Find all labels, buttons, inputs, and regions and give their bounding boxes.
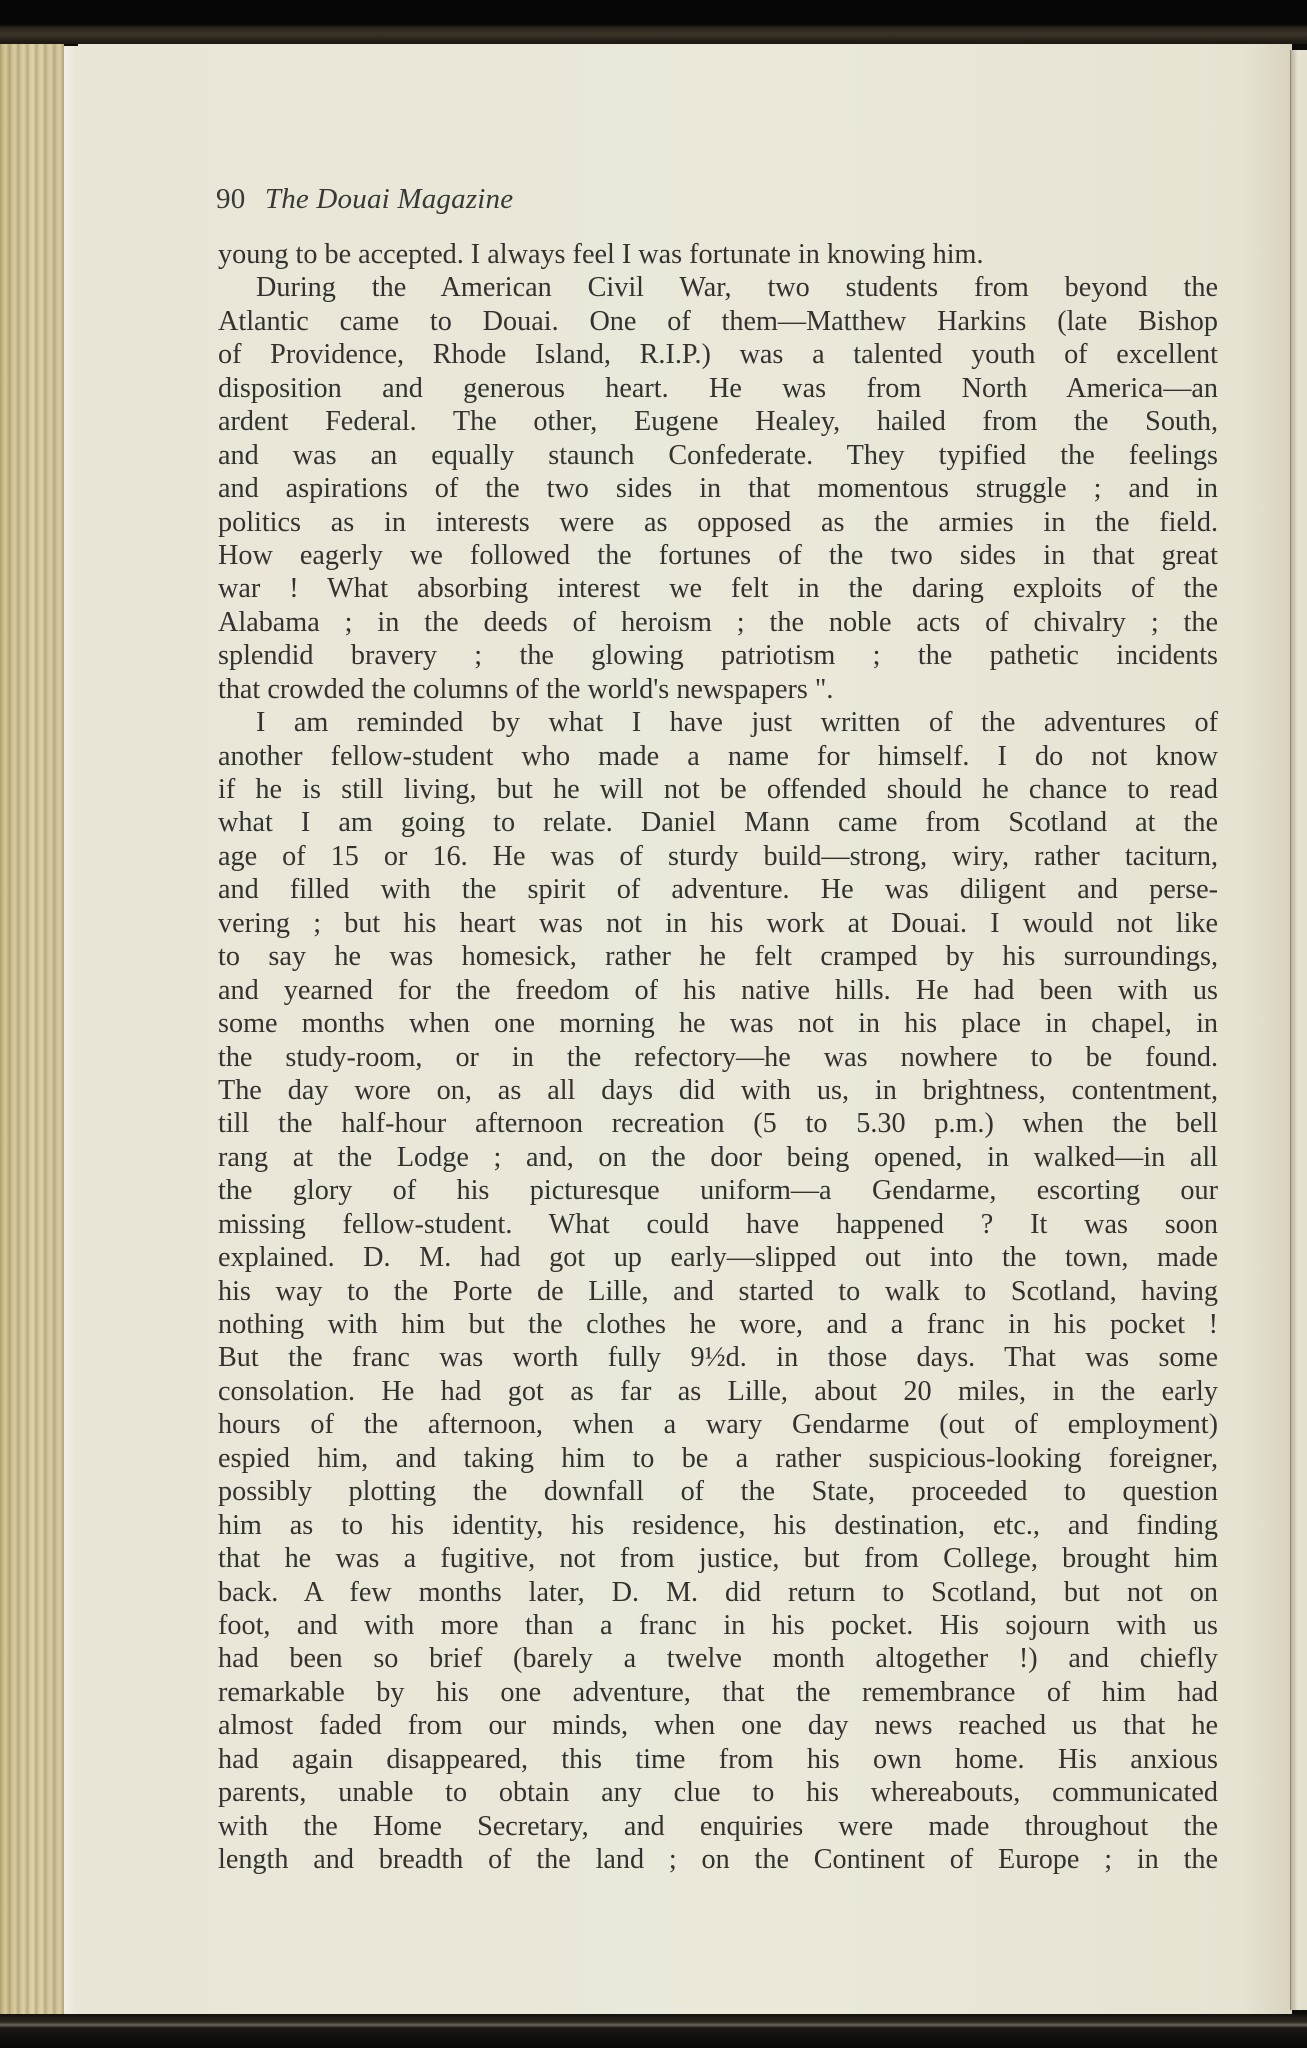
text-line: foot, and with more than a franc in his … <box>218 1609 1218 1642</box>
text-line: of Providence, Rhode Island, R.I.P.) was… <box>218 338 1218 371</box>
text-line: his way to the Porte de Lille, and start… <box>218 1275 1218 1308</box>
text-line: During the American Civil War, two stude… <box>218 271 1218 304</box>
text-line: had again disappeared, this time from hi… <box>218 1743 1218 1776</box>
text-line: that he was a fugitive, not from justice… <box>218 1542 1218 1575</box>
next-page-edge <box>1290 50 1307 2010</box>
text-line: back. A few months later, D. M. did retu… <box>218 1576 1218 1609</box>
text-line: parents, unable to obtain any clue to hi… <box>218 1776 1218 1809</box>
running-head: 90 The Douai Magazine <box>216 183 513 216</box>
book-binding-top <box>0 0 1307 44</box>
text-line: what I am going to relate. Daniel Mann c… <box>218 806 1218 839</box>
text-line: ardent Federal. The other, Eugene Healey… <box>218 405 1218 438</box>
text-line: another fellow-student who made a name f… <box>218 740 1218 773</box>
text-line: I am reminded by what I have just writte… <box>218 706 1218 739</box>
text-line: vering ; but his heart was not in his wo… <box>218 907 1218 940</box>
page-edge-stack <box>0 44 64 2016</box>
text-line: that crowded the columns of the world's … <box>218 673 1218 706</box>
text-line: and filled with the spirit of adventure.… <box>218 873 1218 906</box>
text-line: to say he was homesick, rather he felt c… <box>218 940 1218 973</box>
text-line: espied him, and taking him to be a rathe… <box>218 1442 1218 1475</box>
text-line: rang at the Lodge ; and, on the door bei… <box>218 1141 1218 1174</box>
text-line: The day wore on, as all days did with us… <box>218 1074 1218 1107</box>
text-line: remarkable by his one adventure, that th… <box>218 1676 1218 1709</box>
text-line: consolation. He had got as far as Lille,… <box>218 1375 1218 1408</box>
text-line: splendid bravery ; the glowing patriotis… <box>218 639 1218 672</box>
text-line: almost faded from our minds, when one da… <box>218 1709 1218 1742</box>
text-line: How eagerly we followed the fortunes of … <box>218 539 1218 572</box>
text-line: had been so brief (barely a twelve month… <box>218 1642 1218 1675</box>
page-edge-highlight <box>64 46 78 2014</box>
text-line: if he is still living, but he will not b… <box>218 773 1218 806</box>
text-line: length and breadth of the land ; on the … <box>218 1843 1218 1876</box>
text-line: Atlantic came to Douai. One of them—Matt… <box>218 305 1218 338</box>
text-line: with the Home Secretary, and enquiries w… <box>218 1810 1218 1843</box>
text-line: explained. D. M. had got up early—slippe… <box>218 1241 1218 1274</box>
text-line: age of 15 or 16. He was of sturdy build—… <box>218 840 1218 873</box>
text-line: some months when one morning he was not … <box>218 1007 1218 1040</box>
text-line: But the franc was worth fully 9½d. in th… <box>218 1341 1218 1374</box>
running-title: The Douai Magazine <box>265 183 513 215</box>
text-line: the study-room, or in the refectory—he w… <box>218 1041 1218 1074</box>
text-line: the glory of his picturesque uniform—a G… <box>218 1174 1218 1207</box>
page-number: 90 <box>216 183 245 215</box>
body-text: young to be accepted. I always feel I wa… <box>218 238 1218 1876</box>
text-line: and yearned for the freedom of his nativ… <box>218 974 1218 1007</box>
text-line: disposition and generous heart. He was f… <box>218 372 1218 405</box>
text-line: and aspirations of the two sides in that… <box>218 472 1218 505</box>
text-line: nothing with him but the clothes he wore… <box>218 1308 1218 1341</box>
text-line: Alabama ; in the deeds of heroism ; the … <box>218 606 1218 639</box>
text-line: war ! What absorbing interest we felt in… <box>218 572 1218 605</box>
text-line: till the half-hour afternoon recreation … <box>218 1107 1218 1140</box>
text-line: possibly plotting the downfall of the St… <box>218 1475 1218 1508</box>
text-line: missing fellow-student. What could have … <box>218 1208 1218 1241</box>
text-line: politics as in interests were as opposed… <box>218 506 1218 539</box>
text-line: and was an equally staunch Confederate. … <box>218 439 1218 472</box>
text-line: him as to his identity, his residence, h… <box>218 1509 1218 1542</box>
text-line: young to be accepted. I always feel I wa… <box>218 238 1218 271</box>
book-binding-bottom <box>0 2014 1307 2048</box>
text-line: hours of the afternoon, when a wary Gend… <box>218 1408 1218 1441</box>
